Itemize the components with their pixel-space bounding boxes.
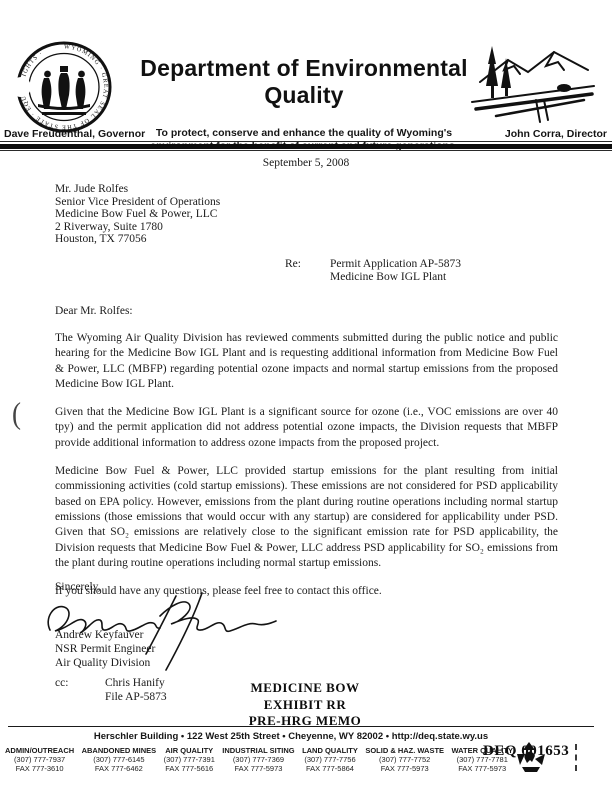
exhibit-stamp-line: MEDICINE BOW [180, 680, 430, 697]
dept-fax: FAX 777-5973 [451, 764, 513, 773]
dept-phone: (307) 777-6145 [82, 755, 157, 764]
dept-column: ABANDONED MINES (307) 777-6145 FAX 777-6… [82, 746, 157, 773]
footer-rule [8, 726, 594, 727]
recipient-line: Houston, TX 77056 [55, 233, 220, 246]
cc-recipient: Chris Hanify [105, 676, 167, 690]
dept-name: INDUSTRIAL SITING [222, 746, 294, 755]
dept-phone: (307) 777-7391 [164, 755, 215, 764]
recipient-line: Mr. Jude Rolfes [55, 183, 220, 196]
dept-column: LAND QUALITY (307) 777-7756 FAX 777-5864 [302, 746, 358, 773]
dept-phone: (307) 777-7756 [302, 755, 358, 764]
dept-fax: FAX 777-3610 [5, 764, 74, 773]
closing: Sincerely, [55, 581, 101, 593]
signer-title: NSR Permit Engineer [55, 643, 155, 657]
dept-column: AIR QUALITY (307) 777-7391 FAX 777-5616 [164, 746, 215, 773]
header-rule-thick [0, 144, 612, 149]
recipient-line: Medicine Bow Fuel & Power, LLC [55, 208, 220, 221]
dept-column: ADMIN/OUTREACH (307) 777-7937 FAX 777-36… [5, 746, 74, 773]
scan-edge-dashes [575, 744, 577, 771]
salutation: Dear Mr. Rolfes: [55, 305, 133, 317]
mountain-scene-logo-icon [466, 42, 604, 128]
cc-block: cc: Chris Hanify File AP-5873 [55, 676, 167, 704]
signature-block: Andrew Keyfauver NSR Permit Engineer Air… [55, 629, 155, 670]
scan-artifact-mark: ( [12, 396, 21, 432]
recipient-line: 2 Riverway, Suite 1780 [55, 221, 220, 234]
dept-phone: (307) 777-7369 [222, 755, 294, 764]
dept-fax: FAX 777-5973 [222, 764, 294, 773]
signer-division: Air Quality Division [55, 657, 155, 671]
dept-column: SOLID & HAZ. WASTE (307) 777-7752 FAX 77… [365, 746, 444, 773]
letter-date: September 5, 2008 [0, 157, 612, 169]
dept-name: AIR QUALITY [164, 746, 215, 755]
signer-name: Andrew Keyfauver [55, 629, 155, 643]
header-rule-thin [0, 141, 612, 142]
wyoming-state-seal-icon: WYOMING · GREAT SEAL OF THE STATE · EQUA… [14, 40, 114, 134]
recycle-bucking-horse-icon [514, 741, 548, 773]
dept-name: ADMIN/OUTREACH [5, 746, 74, 755]
scanned-letter-page: WYOMING · GREAT SEAL OF THE STATE · EQUA… [0, 0, 612, 792]
dept-name: ABANDONED MINES [82, 746, 157, 755]
dept-name: SOLID & HAZ. WASTE [365, 746, 444, 755]
cc-file-ref: File AP-5873 [105, 690, 167, 704]
dept-fax: FAX 777-6462 [82, 764, 157, 773]
re-subject-line: Permit Application AP-5873 [330, 258, 461, 271]
re-label: Re: [285, 258, 330, 284]
paragraph: The Wyoming Air Quality Division has rev… [55, 331, 558, 392]
cc-label: cc: [55, 676, 105, 704]
footer-address-line: Herschler Building • 122 West 25th Stree… [0, 731, 582, 742]
re-subject-line: Medicine Bow IGL Plant [330, 271, 461, 284]
exhibit-stamp: MEDICINE BOW EXHIBIT RR PRE-HRG MEMO [180, 680, 430, 730]
recipient-line: Senior Vice President of Operations [55, 196, 220, 209]
dept-fax: FAX 777-5864 [302, 764, 358, 773]
dept-column: INDUSTRIAL SITING (307) 777-7369 FAX 777… [222, 746, 294, 773]
header-rule-thin-bottom [0, 150, 612, 151]
agency-title: Department of Environmental Quality [118, 55, 490, 109]
director-name: John Corra, Director [505, 128, 607, 140]
dept-fax: FAX 777-5616 [164, 764, 215, 773]
exhibit-stamp-line: PRE-HRG MEMO [180, 713, 430, 730]
paragraph: Given that the Medicine Bow IGL Plant is… [55, 405, 558, 451]
recipient-address-block: Mr. Jude Rolfes Senior Vice President of… [55, 183, 220, 246]
dept-phone: (307) 777-7752 [365, 755, 444, 764]
governor-name: Dave Freudenthal, Governor [4, 128, 145, 140]
exhibit-stamp-line: EXHIBIT RR [180, 697, 430, 714]
dept-phone: (307) 777-7937 [5, 755, 74, 764]
dept-fax: FAX 777-5973 [365, 764, 444, 773]
dept-name: LAND QUALITY [302, 746, 358, 755]
paragraph: Medicine Bow Fuel & Power, LLC provided … [55, 464, 558, 571]
letter-body: The Wyoming Air Quality Division has rev… [55, 331, 558, 612]
paragraph: If you should have any questions, please… [55, 584, 558, 599]
footer-departments: ADMIN/OUTREACH (307) 777-7937 FAX 777-36… [5, 746, 513, 773]
re-subject-block: Re: Permit Application AP-5873 Medicine … [285, 258, 461, 284]
